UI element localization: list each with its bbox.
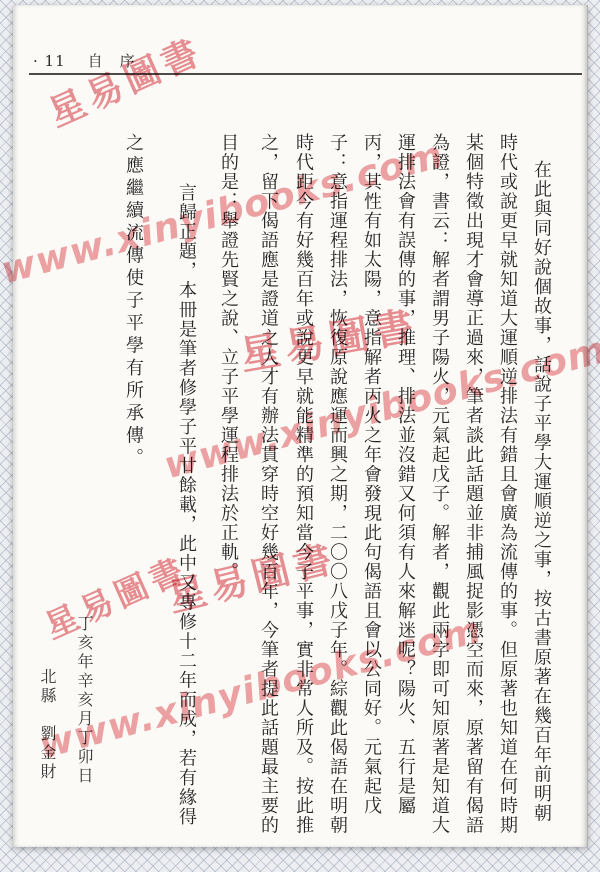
author-column: 北縣 劉金財	[33, 668, 57, 782]
text-column-8: 時代距今有好幾百年或說更早就能精準的預知當今子平事，實非常人所及。按此推	[291, 133, 315, 835]
text-column-1: 在此與同好說個故事，話說子平學大運順逆之事，按古書原著在幾百年前明朝	[529, 160, 553, 823]
scanned-book-page: · 11 自 序 在此與同好說個故事，話說子平學大運順逆之事，按古書原著在幾百年…	[0, 0, 600, 872]
text-column-9: 之，留下偈語應是證道之人才有辦法貫穿時空好幾百年，今筆者提此話題最主要的	[256, 133, 280, 835]
text-column-2: 時代或說更早就知道大運順逆排法有錯且會廣為流傳的事。但原著也知道在何時期	[495, 133, 519, 835]
text-column-10: 目的是：舉證先賢之說、立子平學運程排法於正軌。	[216, 133, 240, 582]
page-header: · 11 自 序	[33, 50, 136, 71]
text-column-5: 運排法會有誤傳的事，推理、排法並沒錯又何須有人來解迷呢？陽火、五行是屬	[393, 133, 417, 816]
text-column-6: 丙，其性有如太陽，意指解者丙火之年會發現此句偈語且會以公同好。元氣起戊	[359, 133, 383, 816]
header-divider	[29, 73, 582, 75]
text-column-7: 子：意指運程排法，恢復原說應運而興之期，二〇〇八戊子年。綜觀此偈語在明朝	[325, 133, 349, 835]
chapter-title: 自 序	[88, 50, 136, 71]
text-column-12: 之應繼續流傳使子平學有所承傳。	[121, 133, 145, 471]
text-column-11: 言歸正題，本冊是筆者修學子平廿餘載，此中又專修十二年而成，若有緣得	[174, 183, 198, 827]
text-column-4: 為證，書云：解者謂男子陽火，元氣起戊子。解者，觀此兩字即可知原著是知道大	[427, 133, 451, 835]
text-column-3: 某個特徵出現才會導正過來，筆者談此話題並非捕風捉影憑空而來，原著留有偈語	[461, 133, 485, 835]
page-number: · 11	[33, 52, 66, 70]
date-column: 丁亥年辛亥月丁卯日	[70, 615, 94, 786]
